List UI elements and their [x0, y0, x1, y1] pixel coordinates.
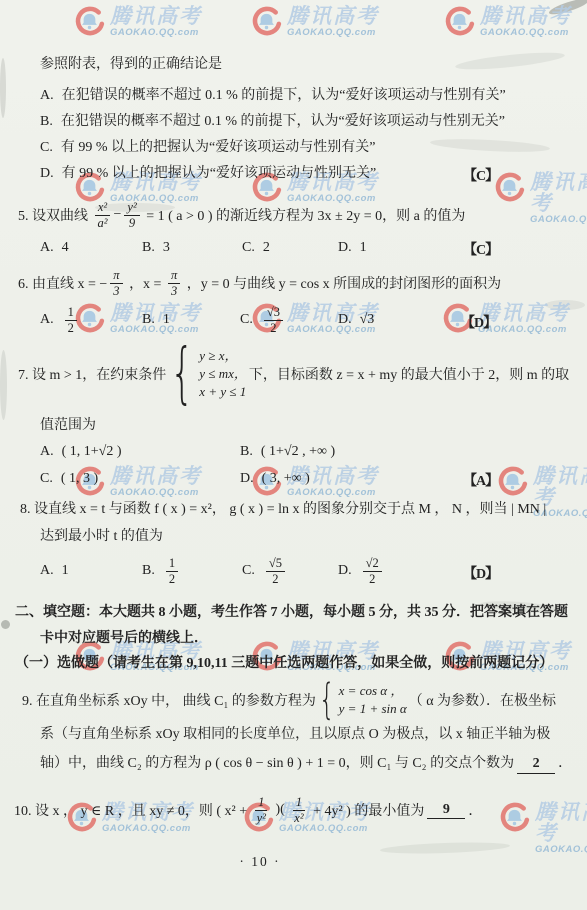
fraction: 12 — [65, 305, 77, 335]
left-brace: { — [170, 341, 194, 407]
minus-sign: − — [114, 207, 122, 223]
q5-text: = 1 ( a > 0 ) 的渐近线方程为 3x ± 2y = 0，则 a 的值… — [143, 205, 466, 225]
q4-option-b: B.在犯错误的概率不超过 0.1 % 的前提下，认为“爱好该项运动与性别无关” — [40, 113, 505, 131]
q7-option-a: A.( 1, 1+√2 ) — [40, 443, 122, 461]
q6-stem: 6. 由直线 x = − π3 ，x = π3 ，y = 0 与曲线 y = c… — [18, 264, 501, 302]
q6-option-a: A.12 — [40, 302, 80, 338]
q5-answer: 【C】 — [463, 239, 498, 259]
q6-option-b: B.1 — [142, 302, 170, 338]
fraction: 1x² — [291, 795, 306, 825]
option-label: A. — [40, 87, 54, 105]
option-text: 在犯错误的概率不超过 0.1 % 的前提下，认为“爱好该项运动与性别无关” — [61, 114, 505, 129]
q7-stem: 7. 设 m > 1，在约束条件 { y ≥ x，y ≤ mx，x + y ≤ … — [18, 342, 569, 406]
section2-heading-line2: 卡中对应题号后的横线上． — [40, 630, 208, 648]
q9-stem-line1: 9. 在直角坐标系 xOy 中， 曲线 C₁ 的参数方程为 { x = cos … — [22, 676, 556, 724]
q4-stem: 参照附表，得到的正确结论是 — [40, 56, 222, 74]
parametric-system: { x = cos α ，y = 1 + sin α — [318, 682, 407, 718]
fraction: 12 — [166, 556, 178, 586]
q5-option-d: D.1 — [338, 239, 367, 257]
q9-answer-blank: 2 — [517, 755, 555, 774]
fraction: π3 — [110, 268, 122, 298]
q8-option-d: D.√22 — [338, 552, 385, 590]
q7-option-b: B.( 1+√2 , +∞ ) — [240, 443, 335, 461]
constraint-system: { y ≥ x，y ≤ mx，x + y ≤ 1 — [168, 347, 247, 402]
fraction: 1y² — [254, 795, 269, 825]
q5-stem: 5. 设双曲线 x²a² − y²9 = 1 ( a > 0 ) 的渐近线方程为… — [18, 194, 465, 236]
q6-option-c: C.√32 — [240, 302, 286, 338]
q4-answer: 【C】 — [463, 165, 498, 185]
q5-option-b: B.3 — [142, 239, 170, 257]
q7-answer: 【A】 — [463, 470, 498, 490]
q4-option-a: A.在犯错误的概率不超过 0.1 % 的前提下，认为“爱好该项运动与性别有关” — [40, 87, 506, 105]
option-text: 有 99 % 以上的把握认为“爱好该项运动与性别有关” — [61, 140, 376, 155]
option-text: 在犯错误的概率不超过 0.1 % 的前提下，认为“爱好该项运动与性别有关” — [62, 88, 506, 103]
q8-option-b: B.12 — [142, 552, 181, 590]
q4-option-d: D.有 99 % 以上的把握认为“爱好该项运动与性别无关” — [40, 165, 376, 183]
q8-option-c: C.√52 — [242, 552, 288, 590]
option-label: D. — [40, 165, 54, 183]
q5-option-c: C.2 — [242, 239, 270, 257]
fraction: √52 — [266, 556, 285, 586]
fraction: √32 — [264, 305, 283, 335]
page-number: · 10 · — [0, 854, 520, 870]
q5-text: 5. 设双曲线 — [18, 205, 92, 225]
left-brace: { — [319, 679, 335, 721]
fraction: y²9 — [124, 200, 139, 230]
q9-stem-line2: 系（与直角坐标系 xOy 取相同的长度单位，且以原点 O 为极点，以 x 轴正半… — [40, 726, 550, 744]
q10-answer-blank: 9 — [427, 802, 465, 819]
page-content: 参照附表，得到的正确结论是 A.在犯错误的概率不超过 0.1 % 的前提下，认为… — [0, 0, 587, 910]
q5-option-a: A.4 — [40, 239, 69, 257]
q6-option-d: D.√3 — [338, 302, 374, 338]
option-label: B. — [40, 113, 53, 131]
q8-stem-line1: 8. 设直线 x = t 与函数 f ( x ) = x²， g ( x ) =… — [20, 501, 546, 519]
exam-page: 腾讯高考 GAOKAO.QQ.com 腾讯高考 GAOKAO.QQ.com 腾讯… — [0, 0, 587, 910]
q8-stem-line2: 达到最小时 t 的值为 — [40, 528, 163, 546]
q4-option-c: C.有 99 % 以上的把握认为“爱好该项运动与性别有关” — [40, 139, 375, 157]
q7-option-c: C.( 1, 3 ) — [40, 470, 98, 488]
option-label: C. — [40, 139, 53, 157]
q7-option-d: D.( 3, +∞ ) — [240, 470, 310, 488]
fraction: √22 — [363, 556, 382, 586]
q10-stem: 10. 设 x ， y ∈ R ，且 xy ≠ 0，则 ( x² + 1y² )… — [14, 790, 482, 830]
q6-answer: 【D】 — [461, 312, 496, 332]
q7-stem-line2: 值范围为 — [40, 417, 96, 435]
q8-answer: 【D】 — [463, 563, 498, 583]
q9-stem-line3: 轴）中，曲线 C₂ 的方程为 ρ ( cos θ − sin θ ) + 1 =… — [40, 755, 572, 774]
section2-heading-line1: 二、填空题：本大题共 8 小题，考生作答 7 小题，每小题 5 分，共 35 分… — [15, 604, 568, 622]
fraction: π3 — [168, 268, 180, 298]
section2-subnote: （一）选做题（请考生在第 9,10,11 三题中任选两题作答，如果全做，则按前两… — [15, 655, 553, 673]
fraction: x²a² — [95, 200, 111, 230]
option-text: 有 99 % 以上的把握认为“爱好该项运动与性别无关” — [62, 166, 377, 181]
q8-option-a: A.1 — [40, 552, 69, 590]
